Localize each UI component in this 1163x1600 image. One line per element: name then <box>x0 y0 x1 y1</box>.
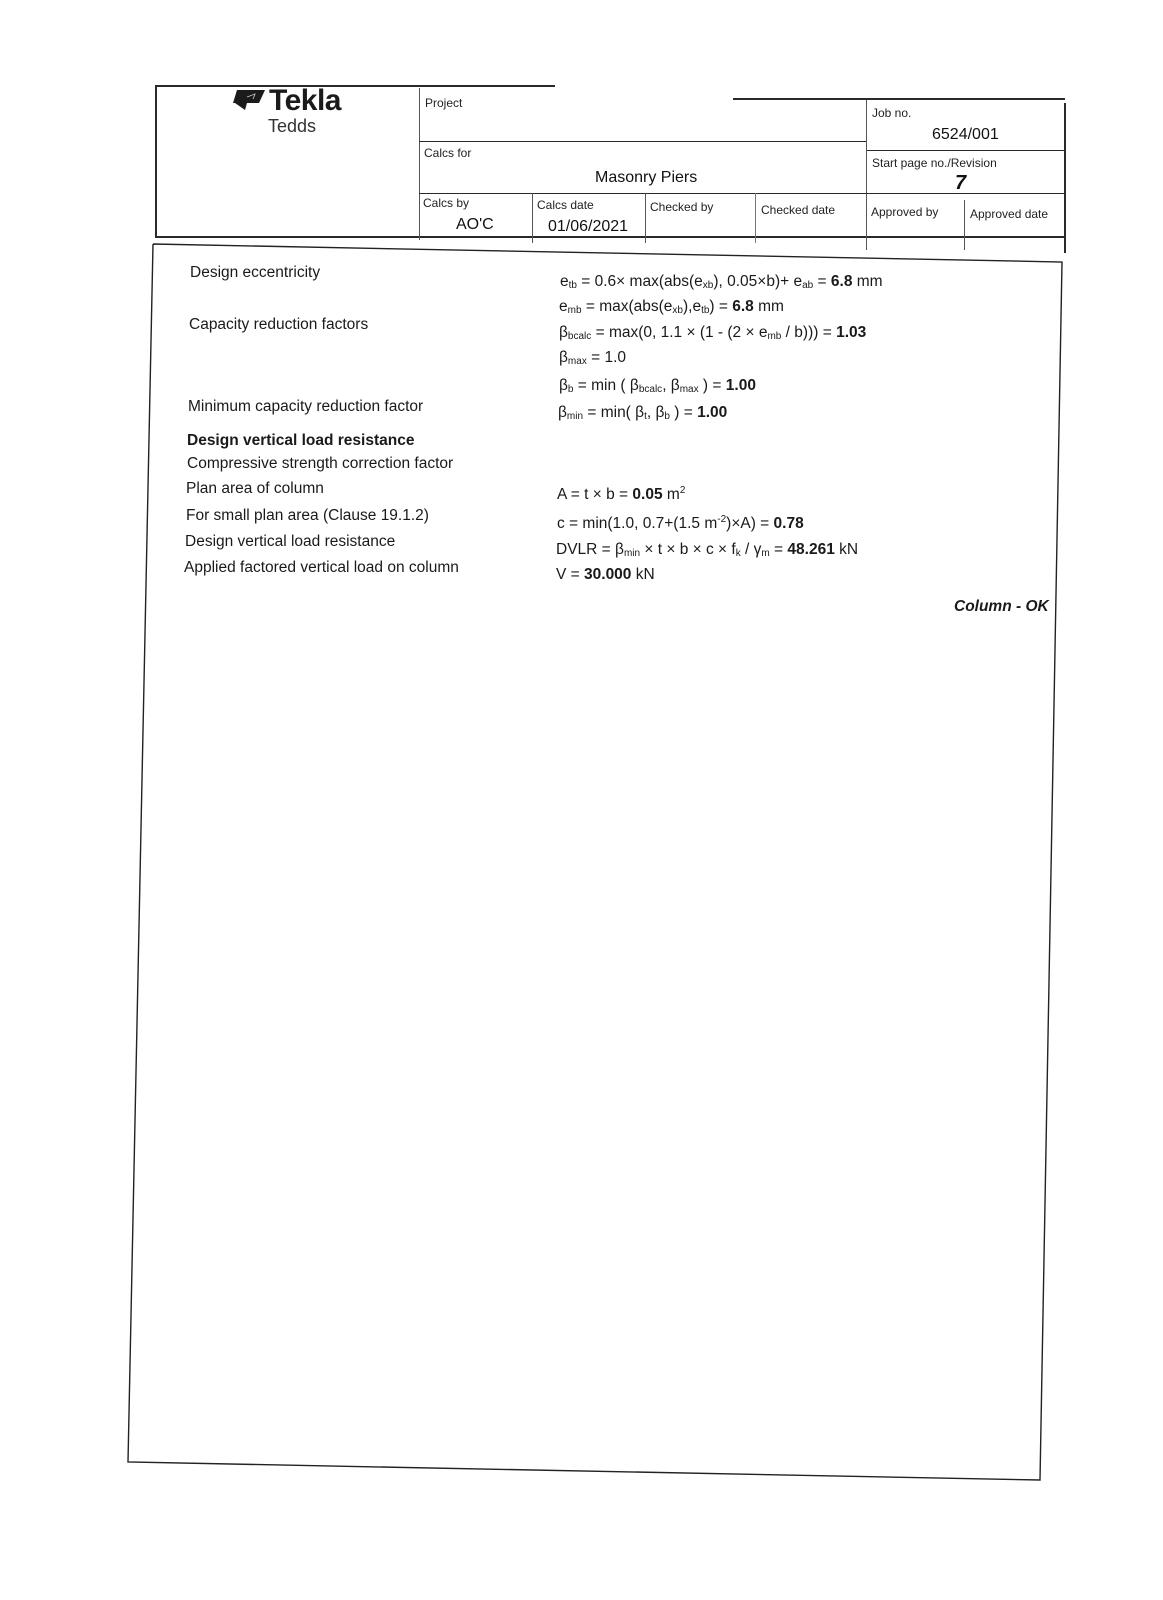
label-small-plan: For small plan area (Clause 19.1.2) <box>186 507 429 525</box>
equation-v: V = 30.000 kN <box>556 566 655 584</box>
label-capacity-reduction: Capacity reduction factors <box>189 316 368 334</box>
label-design-eccentricity: Design eccentricity <box>190 264 320 282</box>
result-e-tb: 6.8 <box>831 273 853 290</box>
label-dvlr: Design vertical load resistance <box>185 533 395 551</box>
equation-beta-max: βmax = 1.0 <box>559 349 626 367</box>
equation-dvlr: DVLR = βmin × t × b × c × fk / γm = 48.2… <box>556 541 858 559</box>
equation-beta-min: βmin = min( βt, βb ) = 1.00 <box>558 404 727 422</box>
result-beta-min: 1.00 <box>697 404 727 421</box>
body-frame <box>0 0 1163 1600</box>
result-beta-bcalc: 1.03 <box>836 324 866 341</box>
equation-e-mb: emb = max(abs(exb),etb) = 6.8 mm <box>559 298 784 316</box>
label-plan-area: Plan area of column <box>186 480 324 498</box>
unit: kN <box>839 541 858 558</box>
result-v: 30.000 <box>584 566 631 583</box>
unit: kN <box>636 566 655 583</box>
result-e-mb: 6.8 <box>732 298 754 315</box>
section-heading-dvlr: Design vertical load resistance <box>187 432 414 450</box>
label-compressive-correction: Compressive strength correction factor <box>187 455 453 473</box>
label-min-capacity: Minimum capacity reduction factor <box>188 398 423 416</box>
equation-beta-b: βb = min ( βbcalc, βmax ) = 1.00 <box>559 377 756 395</box>
unit: mm <box>758 298 784 315</box>
status-column-ok: Column - OK <box>954 598 1049 616</box>
equation-beta-bcalc: βbcalc = max(0, 1.1 × (1 - (2 × emb / b)… <box>559 324 866 342</box>
result-area: 0.05 <box>632 486 662 503</box>
equation-c: c = min(1.0, 0.7+(1.5 m-2)×A) = 0.78 <box>557 514 804 533</box>
equation-e-tb: etb = 0.6× max(abs(exb), 0.05×b)+ eab = … <box>560 273 883 291</box>
result-beta-b: 1.00 <box>726 377 756 394</box>
unit: m <box>667 486 680 503</box>
label-applied-load: Applied factored vertical load on column <box>184 559 459 577</box>
result-dvlr: 48.261 <box>787 541 834 558</box>
result-c: 0.78 <box>774 515 804 532</box>
equation-area: A = t × b = 0.05 m2 <box>557 485 685 504</box>
result-beta-max: 1.0 <box>605 349 627 366</box>
unit: mm <box>857 273 883 290</box>
